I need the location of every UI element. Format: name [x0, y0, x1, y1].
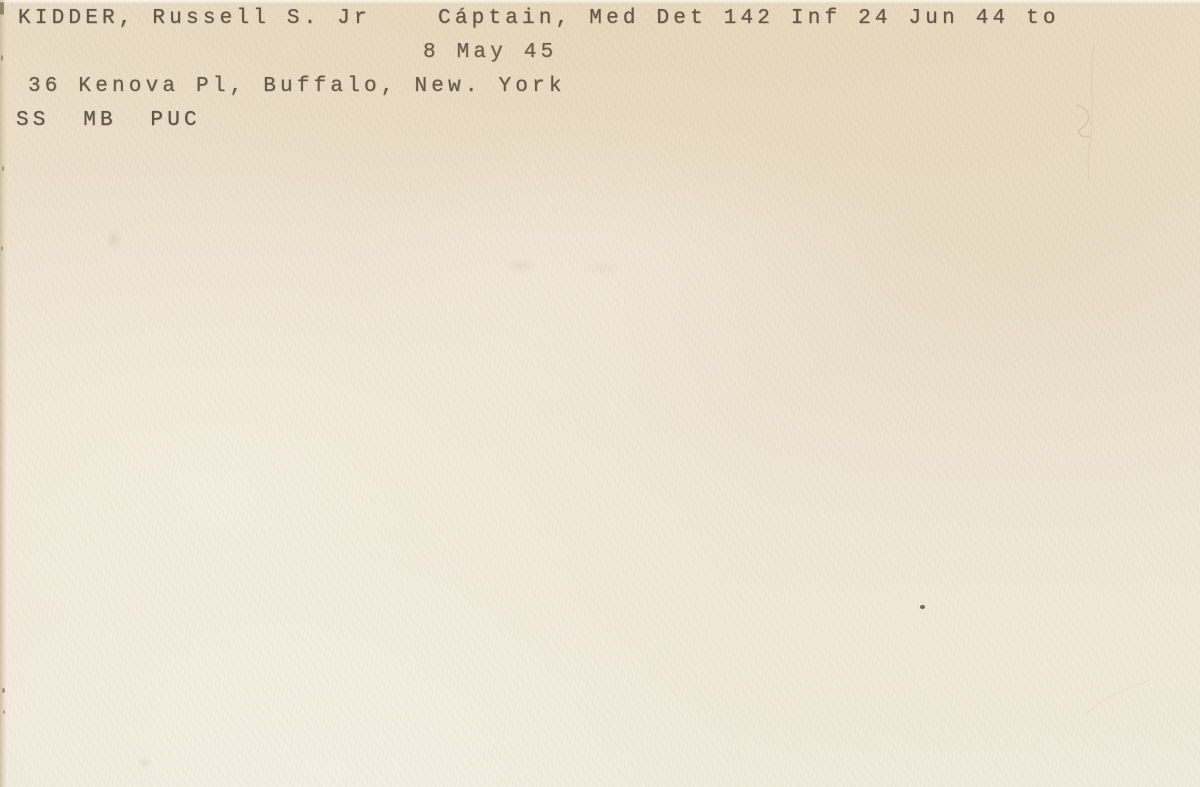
- scan-edge-left: [0, 0, 7, 787]
- paper-smudge: [580, 262, 626, 274]
- card-line-name-rank-unit-dates: KIDDER, Russell S. Jr Cáptain, Med Det 1…: [18, 7, 1060, 30]
- scan-edge-top: [0, 0, 1200, 4]
- card-line-address: 36 Kenova Pl, Buffalo, New. York: [28, 75, 566, 98]
- paper-smudge: [138, 758, 152, 768]
- card-line-decorations: SS MB PUC: [16, 109, 201, 132]
- paper-speck: [920, 605, 925, 609]
- paper-smudge: [505, 258, 539, 274]
- index-card: KIDDER, Russell S. Jr Cáptain, Med Det 1…: [0, 0, 1200, 787]
- paper-smudge: [106, 228, 122, 250]
- card-line-service-end-date: 8 May 45: [423, 41, 557, 64]
